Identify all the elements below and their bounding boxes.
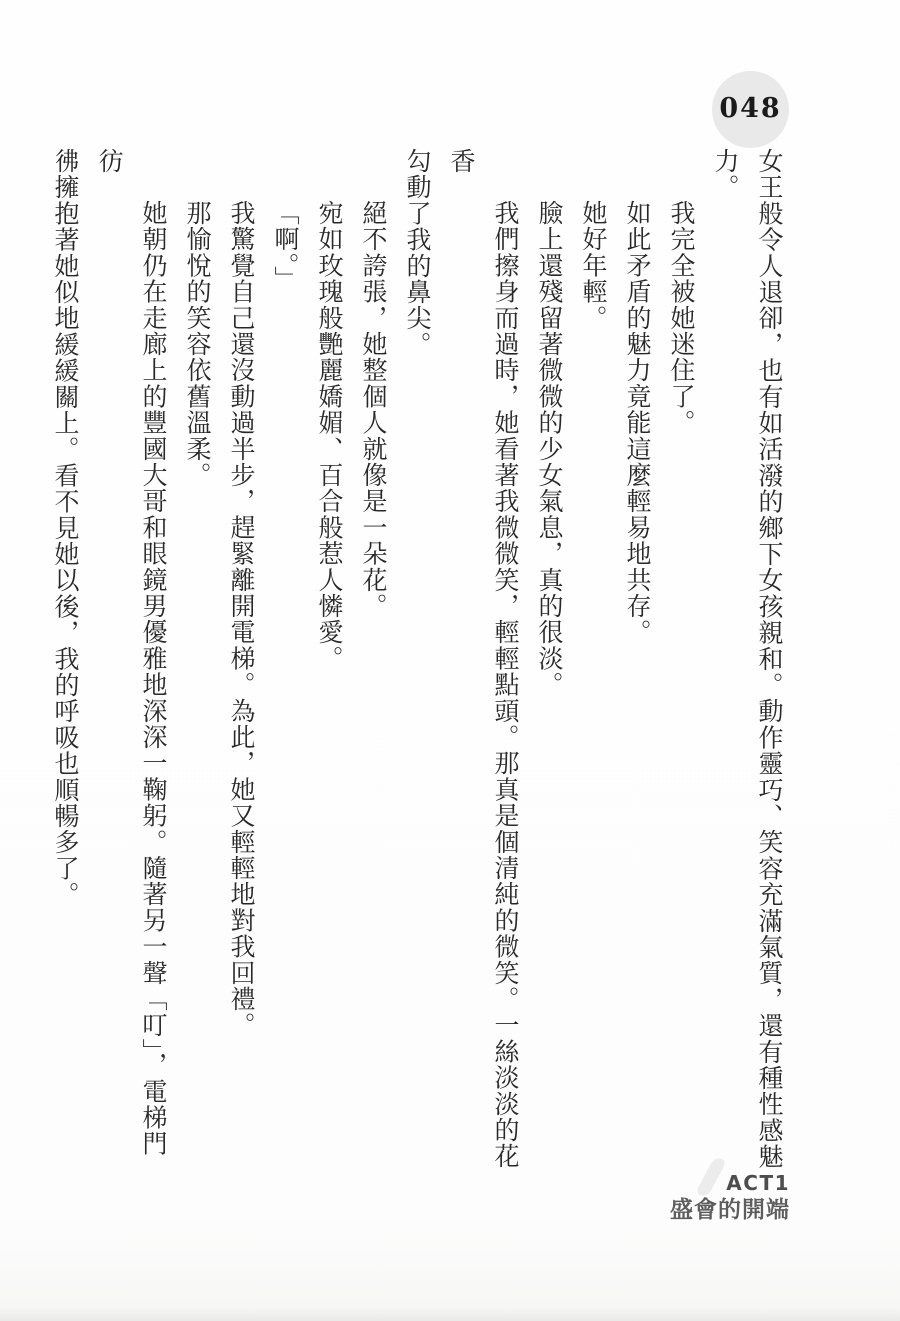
novel-page: 048 女王般令人退卻，也有如活潑的鄉下女孩親和。動作靈巧、笑容充滿氣質，還有種… (0, 0, 900, 1321)
text-column: 我驚覺自己還沒動過半步，趕緊離開電梯。為此，她又輕輕地對我回禮。 (219, 148, 263, 1182)
act-label: ACT1 (670, 1172, 790, 1194)
novel-body-text: 女王般令人退卻，也有如活潑的鄉下女孩親和。動作靈巧、笑容充滿氣質，還有種性感魅力… (43, 148, 791, 1182)
text-column: 彿擁抱著她似地緩緩關上。看不見她以後，我的呼吸也順暢多了。 (43, 148, 87, 1182)
text-column: 她好年輕。 (571, 148, 615, 1182)
text-column: 女王般令人退卻，也有如活潑的鄉下女孩親和。動作靈巧、笑容充滿氣質，還有種性感魅 (747, 148, 791, 1182)
page-number-badge: 048 (712, 71, 789, 148)
text-column: 臉上還殘留著微微的少女氣息，真的很淡。 (527, 148, 571, 1182)
text-column: 我們擦身而過時，她看著我微微笑，輕輕點頭。那真是個清純的微笑。一絲淡淡的花香 (439, 148, 527, 1182)
page-number: 048 (719, 93, 781, 124)
text-column: 力。 (703, 148, 747, 1182)
chapter-title: 盛會的開端 (670, 1197, 790, 1225)
scan-edge-shadow (0, 1307, 900, 1321)
text-column: 如此矛盾的魅力竟能這麼輕易地共存。 (615, 148, 659, 1182)
text-column: 勾動了我的鼻尖。 (395, 148, 439, 1182)
text-column: 「啊。」 (263, 148, 307, 1182)
text-column: 宛如玫瑰般艷麗嬌媚、百合般惹人憐愛。 (307, 148, 351, 1182)
text-column: 那愉悅的笑容依舊溫柔。 (175, 148, 219, 1182)
chapter-footer: ACT1 盛會的開端 (670, 1172, 790, 1225)
text-column: 我完全被她迷住了。 (659, 148, 703, 1182)
text-column: 絕不誇張，她整個人就像是一朵花。 (351, 148, 395, 1182)
text-column: 她朝仍在走廊上的豐國大哥和眼鏡男優雅地深深一鞠躬。隨著另一聲「叮」，電梯門彷 (87, 148, 175, 1182)
